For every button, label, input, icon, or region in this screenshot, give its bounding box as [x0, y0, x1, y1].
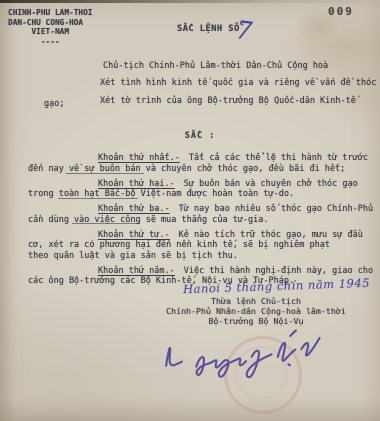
ink-artifact [72, 223, 140, 224]
letterhead-rule: ---- [8, 37, 93, 47]
article-4-text: Kẻ nào tích trữ thóc gạo, mưu sự đầu [179, 230, 363, 240]
article-2-label: Khoản thứ hai.- [98, 179, 175, 189]
article-4: Khoản thứ tư.-Kẻ nào tích trữ thóc gạo, … [28, 230, 378, 262]
article-4-text: theo quân luật và gia sản sẽ bị tịch thu… [28, 251, 378, 262]
article-3-text: Từ nay bao nhiêu số thóc gạo Chính-Phủ [179, 204, 373, 214]
letterhead-government: CHINH-PHU LAM-THOI [8, 8, 93, 18]
preamble-line-3: Xét tờ trình của ông Bộ-trưởng Bộ Quốc-d… [100, 96, 356, 106]
signature-handwriting [156, 324, 340, 398]
article-4-label: Khoản thứ tư.- [98, 230, 170, 240]
photo-edge-shadow [0, 0, 380, 3]
page-number-stamp: 009 [328, 5, 354, 18]
preamble-line-2-wrap: gạo; [44, 99, 64, 109]
decree-word: SẮC : [120, 131, 280, 141]
article-5-label: Khoản thứ năm.- [98, 266, 175, 276]
ink-artifact [58, 198, 138, 199]
article-1-label: Khoản thứ nhất.- [98, 153, 180, 163]
ink-artifact [66, 173, 144, 174]
article-3: Khoản thứ ba.-Từ nay bao nhiêu số thóc g… [28, 204, 378, 225]
preamble-line-1: Chủ-tịch Chính-Phủ Lâm-thời Dân-Chủ Cộng… [103, 61, 328, 71]
decree-number-handwritten: 7 [234, 15, 253, 46]
letterhead-republic: DAN-CHU CONG-HOA [8, 18, 93, 28]
article-4-text: cơ, xét ra có phương hại đến nền kinh tế… [28, 240, 378, 251]
article-1-text: Tất cả các thể lệ thi hành từ trước [189, 153, 368, 163]
signature-block: Thừa lệnh Chủ-tịch Chính-Phủ Nhân-dân Cộ… [148, 296, 364, 326]
preamble-line-2: Xét tình hình kinh tế quốc gia và riêng … [100, 78, 376, 88]
article-3-label: Khoản thứ ba.- [98, 204, 170, 214]
article-5-text: Việc thi hành nghị-định này, giao cho [184, 266, 373, 276]
letterhead-country: VIET-NAM [8, 27, 93, 37]
article-2-text: Sự buôn bán và chuyên chở thóc gạo [184, 179, 358, 189]
article-2: Khoản thứ hai.-Sự buôn bán và chuyên chở… [28, 179, 378, 200]
signature-block-government: Chính-Phủ Nhân-dân Cộng-hoà lâm-thời [148, 306, 364, 316]
signature-block-authority: Thừa lệnh Chủ-tịch [148, 296, 364, 306]
article-1: Khoản thứ nhất.-Tất cả các thể lệ thi hà… [28, 153, 378, 174]
document-page: CHINH-PHU LAM-THOI DAN-CHU CONG-HOA VIET… [0, 0, 380, 421]
decree-title: SẮC LỆNH SỐ [177, 24, 240, 34]
letterhead: CHINH-PHU LAM-THOI DAN-CHU CONG-HOA VIET… [8, 8, 93, 46]
